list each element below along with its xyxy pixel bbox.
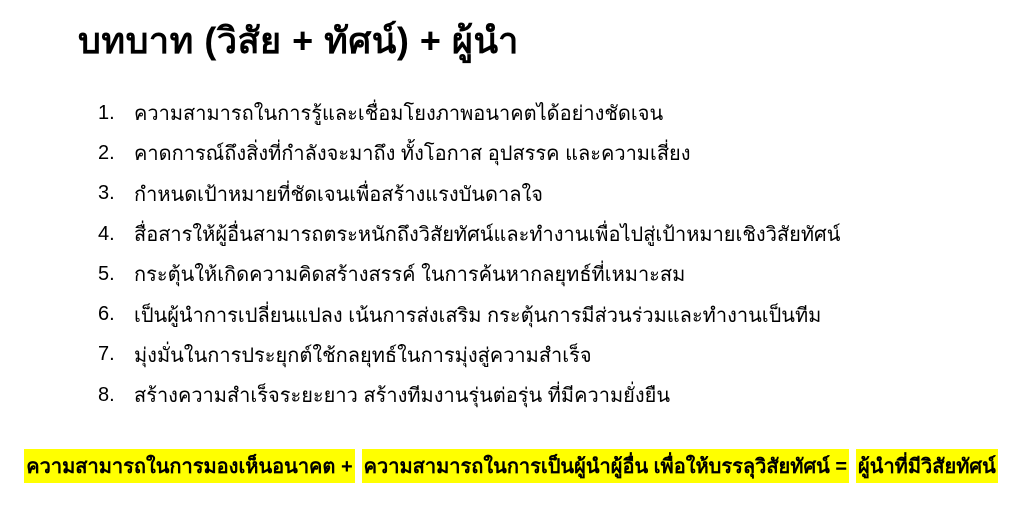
list-item-number: 5.	[98, 263, 134, 286]
highlight-segment: ผู้นำที่มีวิสัยทัศน์	[856, 449, 998, 483]
list-item: 8. สร้างความสำเร็จระยะยาว สร้างทีมงานรุ่…	[98, 375, 840, 415]
list-item-number: 7.	[98, 343, 134, 366]
list-item-number: 4.	[98, 223, 134, 246]
list-item-text: เป็นผู้นำการเปลี่ยนแปลง เน้นการส่งเสริม …	[134, 299, 821, 331]
list-item: 3. กำหนดเป้าหมายที่ชัดเจนเพื่อสร้างแรงบั…	[98, 174, 840, 214]
list-item-number: 8.	[98, 384, 134, 407]
list-item: 6. เป็นผู้นำการเปลี่ยนแปลง เน้นการส่งเสร…	[98, 294, 840, 334]
list-item: 2. คาดการณ์ถึงสิ่งที่กำลังจะมาถึง ทั้งโอ…	[98, 133, 840, 173]
list-item: 7. มุ่งมั่นในการประยุกต์ใช้กลยุทธ์ในการม…	[98, 335, 840, 375]
list-item-text: กำหนดเป้าหมายที่ชัดเจนเพื่อสร้างแรงบันดา…	[134, 178, 543, 210]
list-item-text: มุ่งมั่นในการประยุกต์ใช้กลยุทธ์ในการมุ่ง…	[134, 339, 592, 371]
list-item-number: 1.	[98, 102, 134, 125]
list-item: 1. ความสามารถในการรู้และเชื่อมโยงภาพอนาค…	[98, 93, 840, 133]
list-item-text: สร้างความสำเร็จระยะยาว สร้างทีมงานรุ่นต่…	[134, 379, 670, 411]
slide: บทบาท (วิสัย + ทัศน์) + ผู้นำ 1. ความสาม…	[0, 0, 1022, 505]
highlight-banner: ความสามารถในการมองเห็นอนาคต + ความสามารถ…	[0, 449, 1022, 483]
list-item-number: 3.	[98, 182, 134, 205]
list-item-text: คาดการณ์ถึงสิ่งที่กำลังจะมาถึง ทั้งโอกาส…	[134, 137, 691, 169]
list-item-text: ความสามารถในการรู้และเชื่อมโยงภาพอนาคตได…	[134, 97, 663, 129]
role-list: 1. ความสามารถในการรู้และเชื่อมโยงภาพอนาค…	[98, 93, 840, 415]
list-item: 4. สื่อสารให้ผู้อื่นสามารถตระหนักถึงวิสั…	[98, 214, 840, 254]
highlight-segment: ความสามารถในการมองเห็นอนาคต +	[24, 449, 354, 483]
list-item-number: 6.	[98, 303, 134, 326]
slide-title: บทบาท (วิสัย + ทัศน์) + ผู้นำ	[78, 12, 519, 69]
list-item-text: สื่อสารให้ผู้อื่นสามารถตระหนักถึงวิสัยทั…	[134, 218, 840, 250]
highlight-segment: ความสามารถในการเป็นผู้นำผู้อื่น เพื่อให้…	[362, 449, 849, 483]
list-item: 5. กระตุ้นให้เกิดความคิดสร้างสรรค์ ในการ…	[98, 254, 840, 294]
list-item-text: กระตุ้นให้เกิดความคิดสร้างสรรค์ ในการค้น…	[134, 258, 685, 290]
list-item-number: 2.	[98, 142, 134, 165]
